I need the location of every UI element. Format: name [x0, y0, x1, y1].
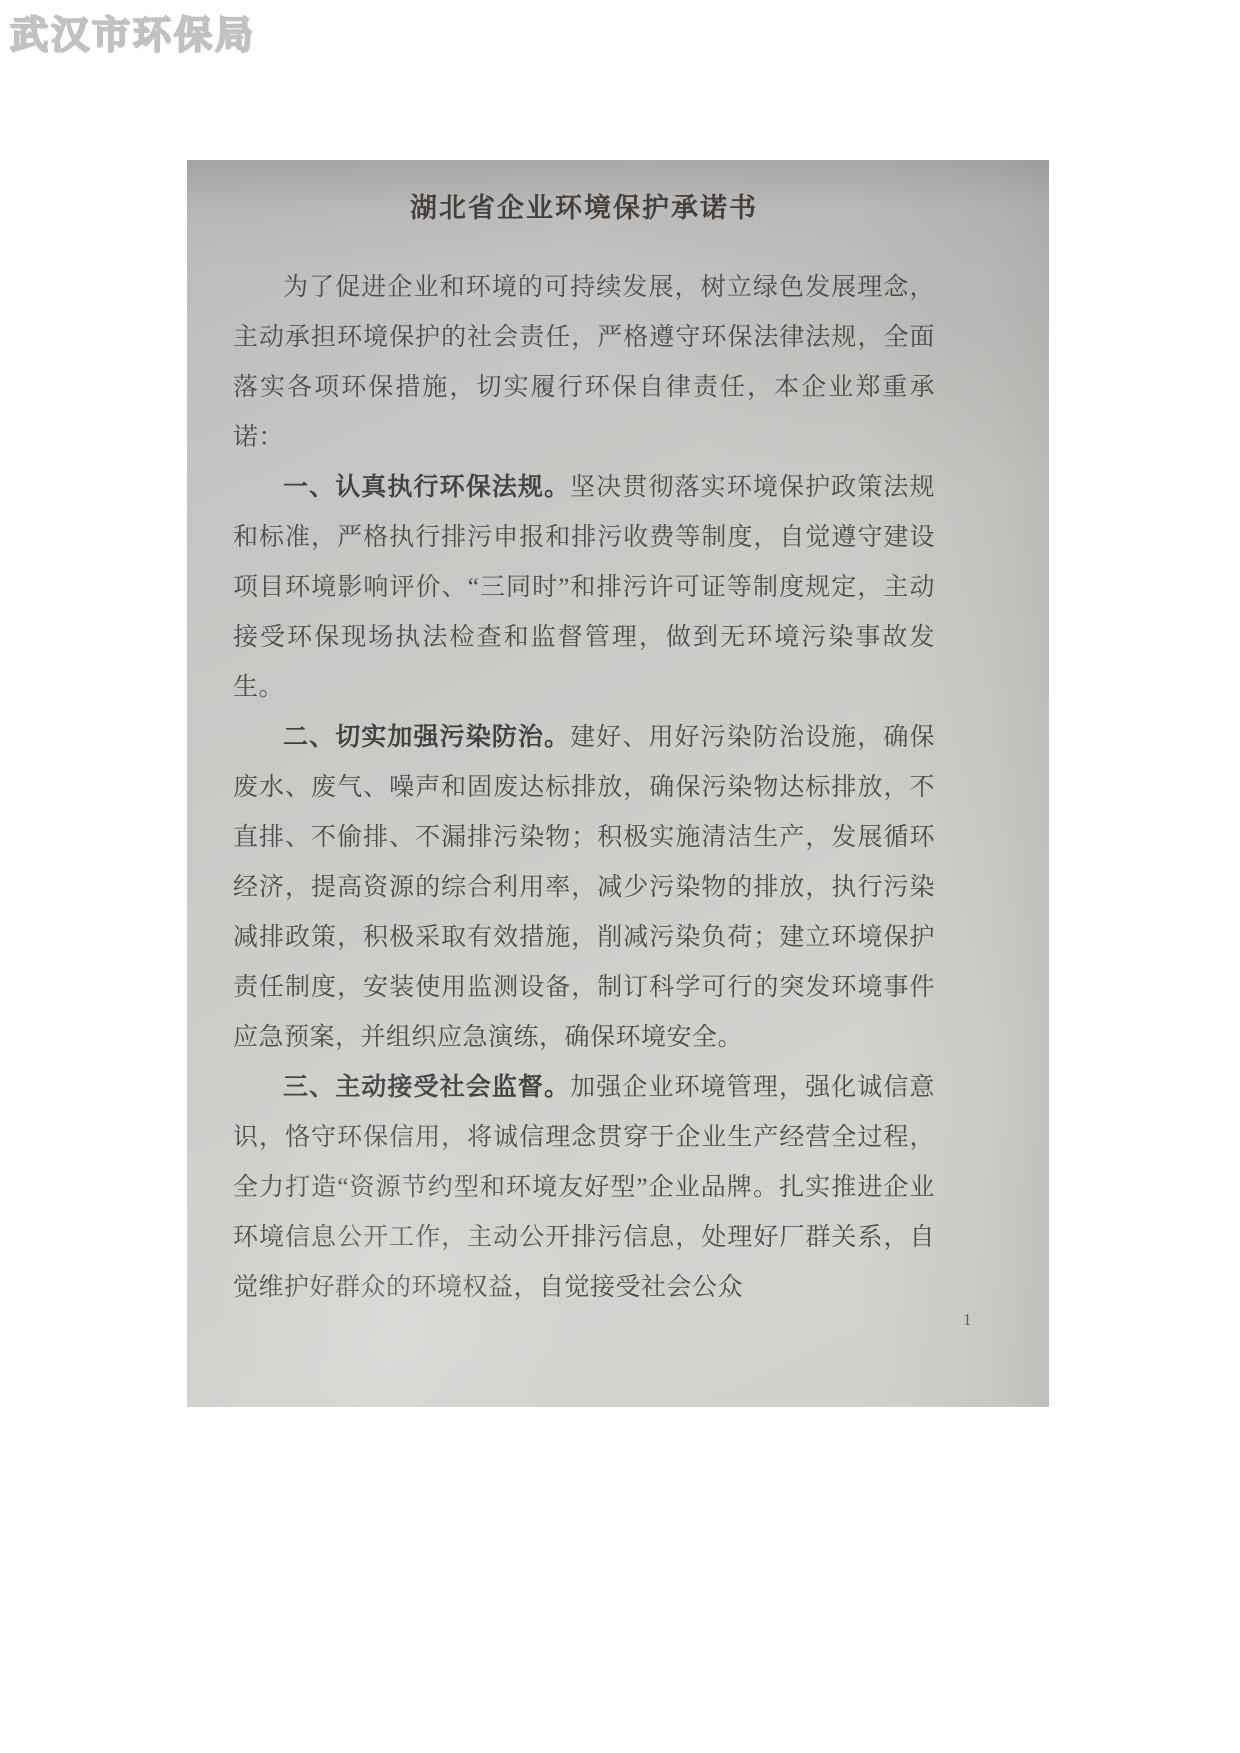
section-3-heading: 三、主动接受社会监督。 [283, 1074, 570, 1101]
document-body: 为了促进企业和环境的可持续发展，树立绿色发展理念，主动承担环境保护的社会责任，严… [233, 263, 935, 1313]
page-title: 湖北省企业环境保护承诺书 [233, 160, 935, 225]
section-1-heading: 一、认真执行环保法规。 [283, 474, 570, 501]
document-page: 湖北省企业环境保护承诺书 为了促进企业和环境的可持续发展，树立绿色发展理念，主动… [233, 160, 935, 1313]
section-1-text: 坚决贯彻落实环境保护政策法规和标准，严格执行排污申报和排污收费等制度，自觉遵守建… [233, 474, 935, 701]
page-number: 1 [963, 1310, 972, 1330]
photo-canvas: 武汉市环保局 湖北省企业环境保护承诺书 为了促进企业和环境的可持续发展，树立绿色… [0, 0, 1240, 1753]
document-photo: 湖北省企业环境保护承诺书 为了促进企业和环境的可持续发展，树立绿色发展理念，主动… [187, 160, 1049, 1407]
section-2-text: 建好、用好污染防治设施，确保废水、废气、噪声和固废达标排放，确保污染物达标排放，… [233, 724, 935, 1051]
agency-watermark: 武汉市环保局 [10, 4, 256, 59]
intro-paragraph: 为了促进企业和环境的可持续发展，树立绿色发展理念，主动承担环境保护的社会责任，严… [233, 263, 935, 463]
paragraph-text: 为了促进企业和环境的可持续发展，树立绿色发展理念，主动承担环境保护的社会责任，严… [233, 274, 935, 451]
section-2-heading: 二、切实加强污染防治。 [283, 724, 570, 751]
section-3-text: 加强企业环境管理，强化诚信意识，恪守环保信用，将诚信理念贯穿于企业生产经营全过程… [233, 1074, 935, 1301]
section-2-paragraph: 二、切实加强污染防治。建好、用好污染防治设施，确保废水、废气、噪声和固废达标排放… [233, 713, 935, 1063]
section-1-paragraph: 一、认真执行环保法规。坚决贯彻落实环境保护政策法规和标准，严格执行排污申报和排污… [233, 463, 935, 713]
section-3-paragraph: 三、主动接受社会监督。加强企业环境管理，强化诚信意识，恪守环保信用，将诚信理念贯… [233, 1063, 935, 1313]
